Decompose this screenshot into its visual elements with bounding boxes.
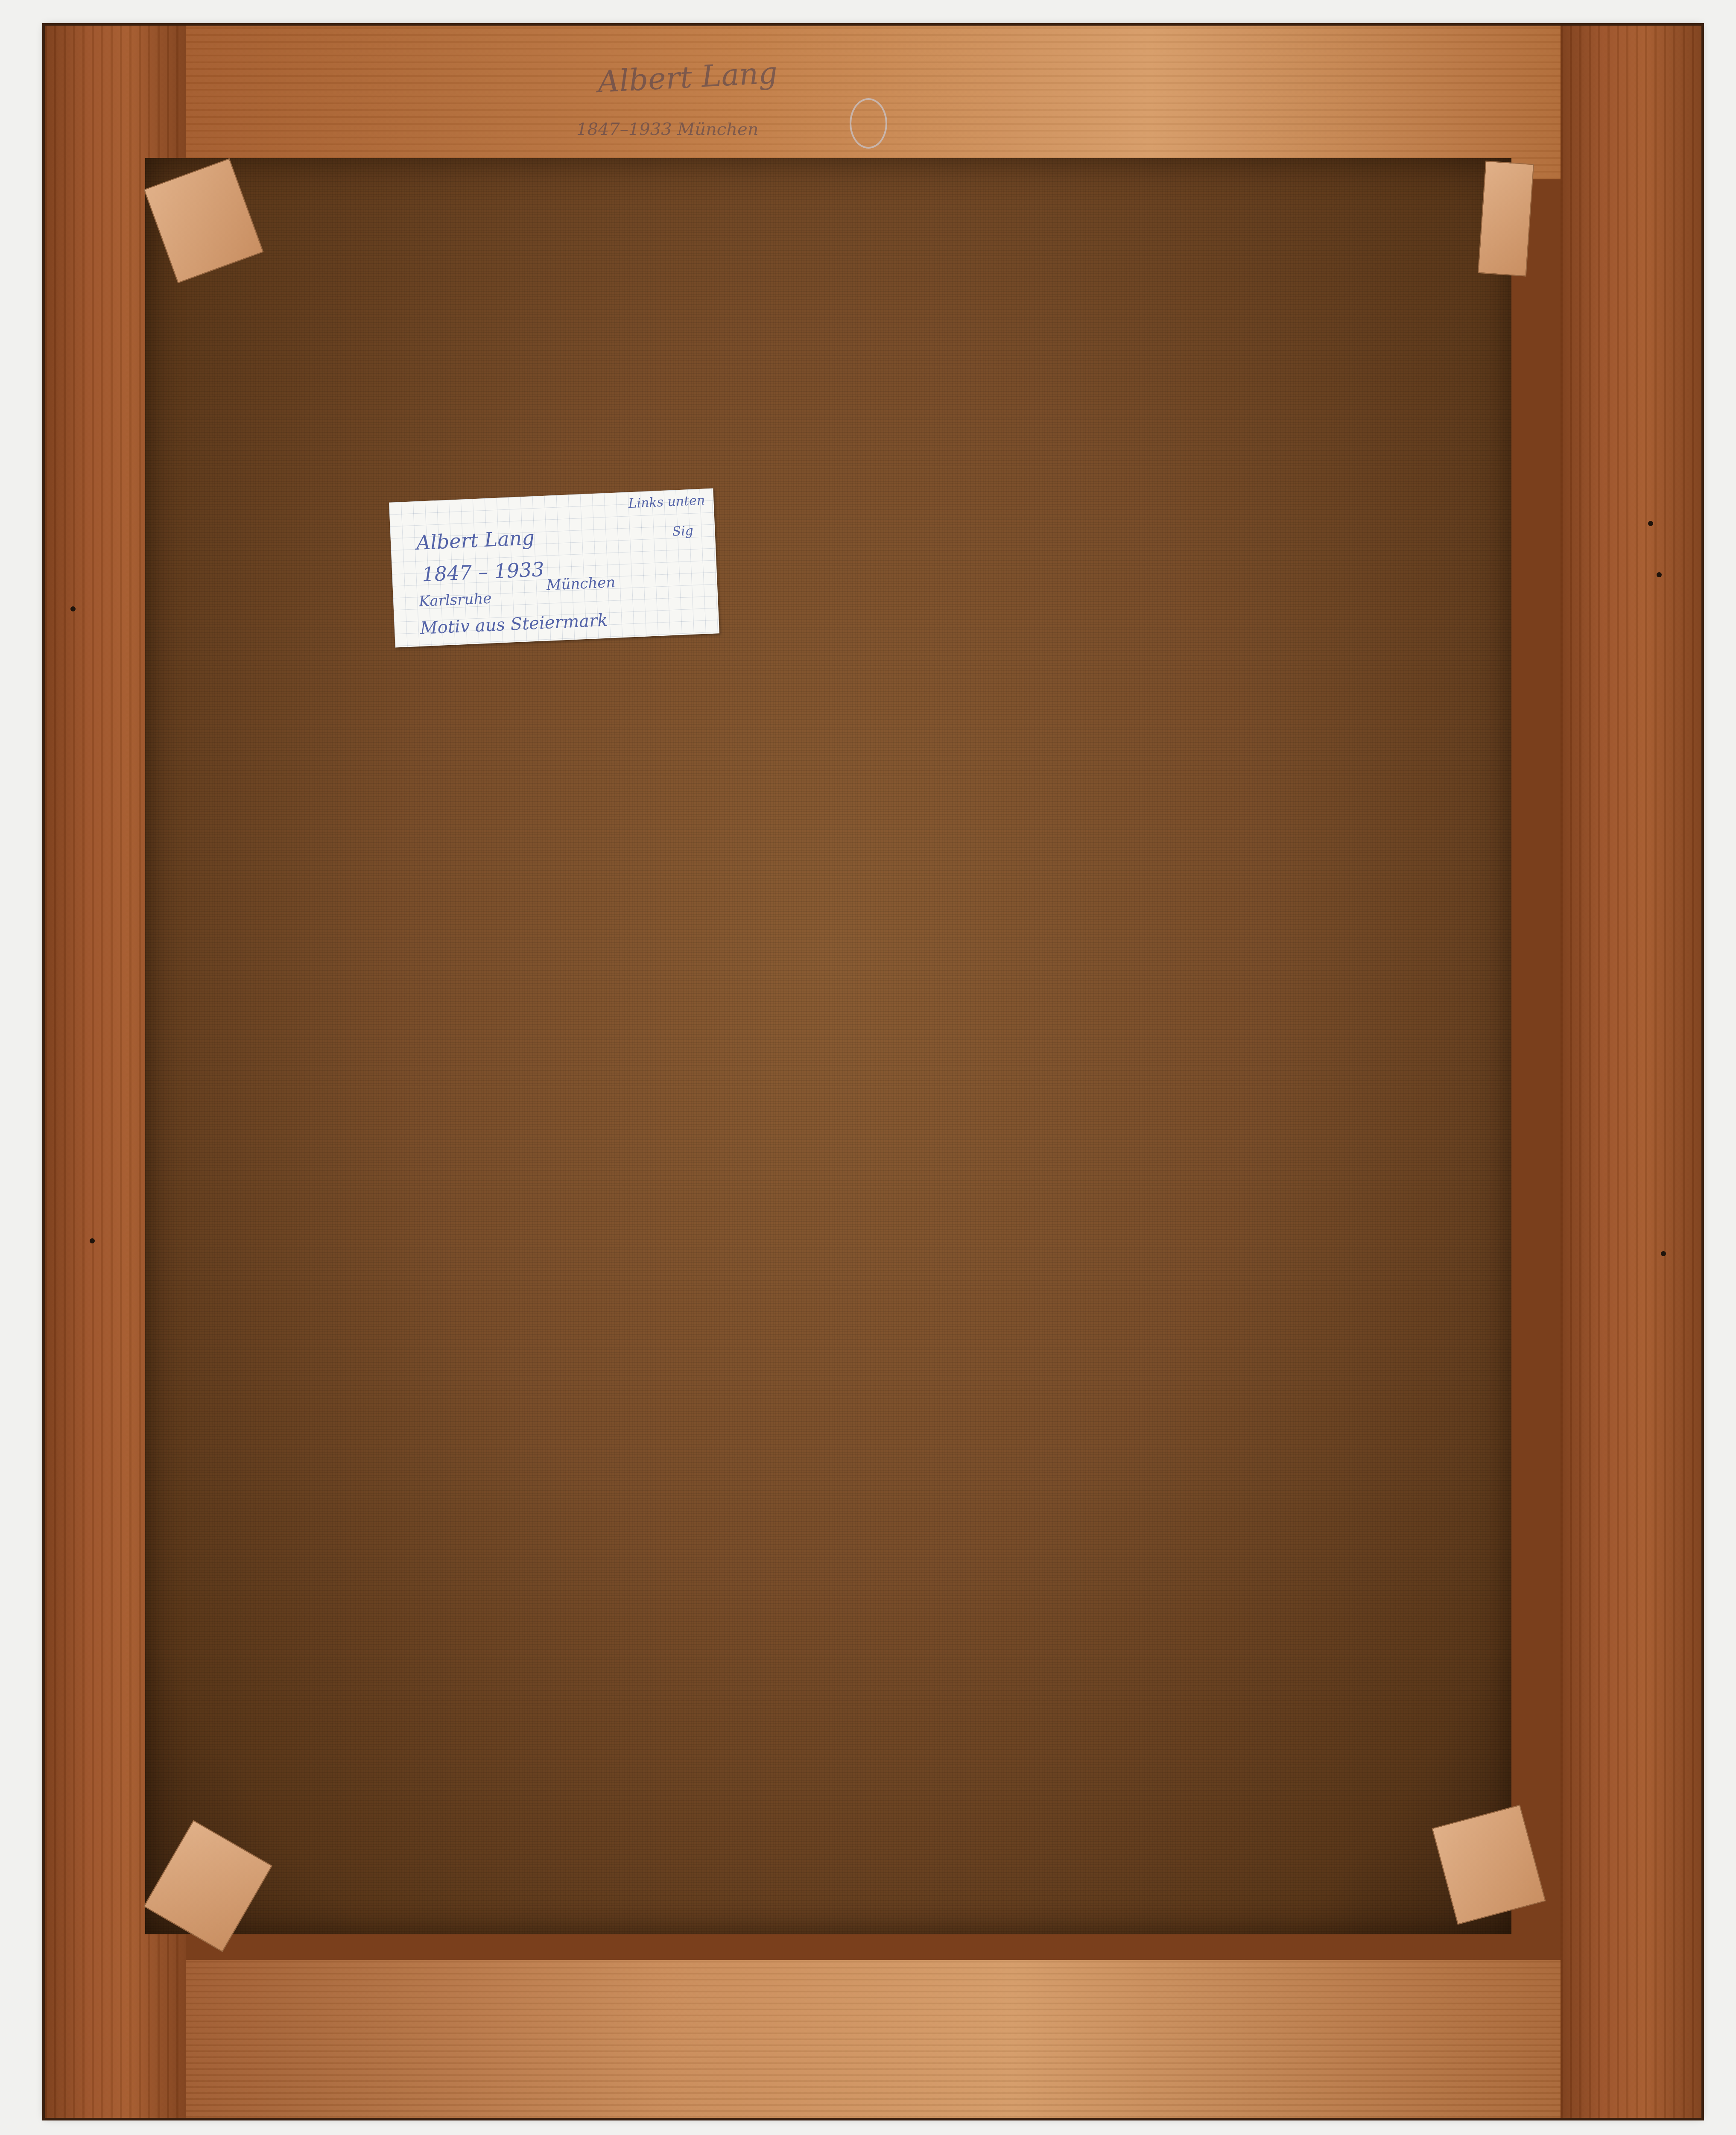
stretcher-right-bar — [1561, 26, 1701, 2118]
label-deathplace: München — [546, 574, 616, 594]
tack-hole — [1661, 1251, 1666, 1256]
tack-hole — [90, 1238, 95, 1243]
corner-key-top-right — [1478, 161, 1534, 276]
tack-hole — [1657, 572, 1662, 577]
handwritten-label: Albert Lang 1847 – 1933 Karlsruhe Münche… — [389, 488, 719, 648]
label-title: Motiv aus Steiermark — [420, 611, 608, 638]
label-dates: 1847 – 1933 — [421, 558, 544, 586]
canvas-reverse — [145, 158, 1511, 1934]
tack-hole — [70, 606, 76, 611]
pencil-inscription-dates: 1847–1933 München — [576, 120, 758, 139]
label-birthplace: Karlsruhe — [418, 590, 492, 610]
stretcher-bottom-bar — [181, 1960, 1565, 2118]
tack-hole — [1648, 521, 1653, 526]
label-artist: Albert Lang — [416, 526, 535, 554]
chalk-circle-mark — [850, 98, 887, 149]
label-signature-location: Links unten — [628, 493, 705, 511]
label-signature-abbrev: Sig — [672, 524, 694, 539]
